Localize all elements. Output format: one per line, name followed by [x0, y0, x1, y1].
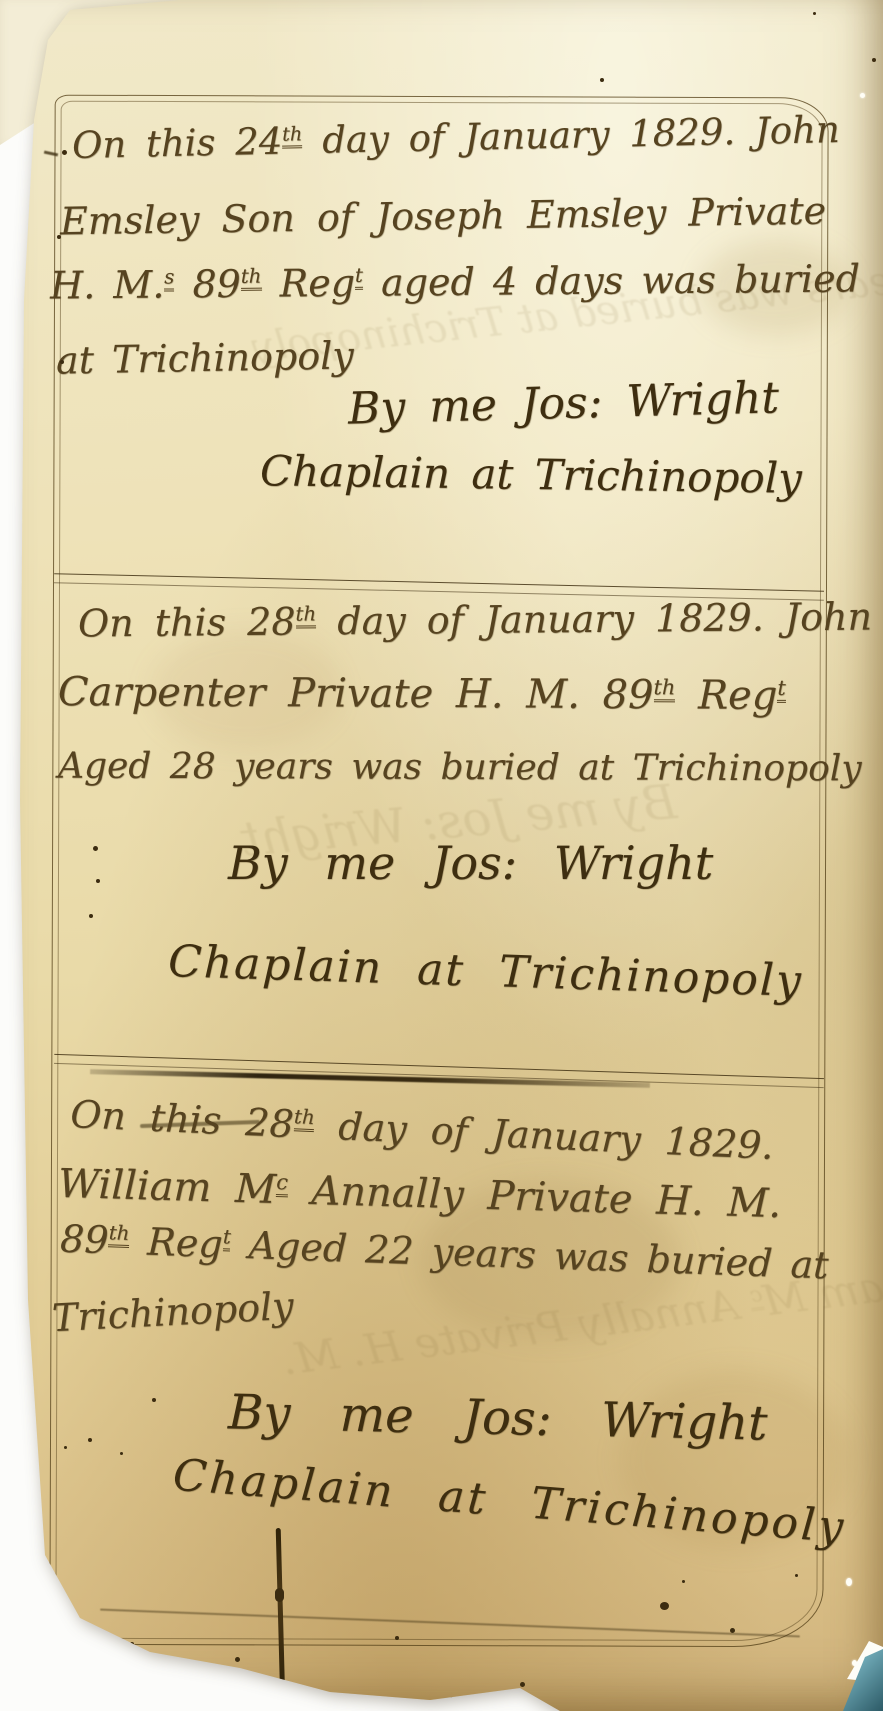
- ink-spot: [395, 1636, 399, 1640]
- entry2-line1: On this 28th day of January 1829. John: [78, 597, 872, 646]
- ink-spot: [57, 235, 61, 239]
- entry1-line3: H. M.s 89th Regt aged 4 days was buried: [50, 258, 860, 307]
- ink-spot: [813, 12, 816, 15]
- ink-spot: [345, 1418, 348, 1421]
- ink-spot: [64, 1446, 67, 1449]
- ink-spot: [89, 914, 93, 918]
- ink-spot: [450, 1697, 454, 1701]
- entry3-byline: By me Jos: Wright: [228, 1386, 768, 1450]
- paper-page: Aged 28 years was buried at Trichinopoly…: [0, 0, 883, 1711]
- ink-drip-blob: [275, 1588, 284, 1602]
- ink-spot: [152, 1398, 156, 1402]
- ink-spot: [795, 1574, 798, 1577]
- ink-spot: [120, 1452, 123, 1455]
- ink-spot: [872, 58, 876, 62]
- ink-spot: [682, 1580, 685, 1583]
- ink-spot: [600, 78, 604, 82]
- ink-spot: [235, 1657, 240, 1662]
- ink-spot: [730, 1628, 735, 1633]
- entry1-line4: at Trichinopoly: [56, 335, 354, 382]
- page-wrap: Aged 28 years was buried at Trichinopoly…: [0, 0, 883, 1711]
- ink-spot: [62, 150, 67, 155]
- entry2-line2: Carpenter Private H. M. 89th Regt: [58, 670, 786, 718]
- ink-spot: [60, 360, 64, 364]
- ink-spot: [130, 1642, 134, 1646]
- entry2-line3: Aged 28 years was buried at Trichinopoly: [58, 747, 862, 789]
- ink-spot: [96, 879, 100, 883]
- scanned-register-page: Aged 28 years was buried at Trichinopoly…: [0, 0, 883, 1711]
- paper-speck: [860, 93, 865, 98]
- ink-spot: [520, 1682, 525, 1687]
- entry1-chaplain-line: Chaplain at Trichinopoly: [260, 448, 802, 502]
- ink-spot: [660, 1602, 669, 1610]
- ink-spot: [93, 846, 98, 851]
- paper-speck: [846, 1578, 852, 1586]
- ink-spot: [88, 1438, 92, 1442]
- entry2-byline: By me Jos: Wright: [228, 838, 713, 889]
